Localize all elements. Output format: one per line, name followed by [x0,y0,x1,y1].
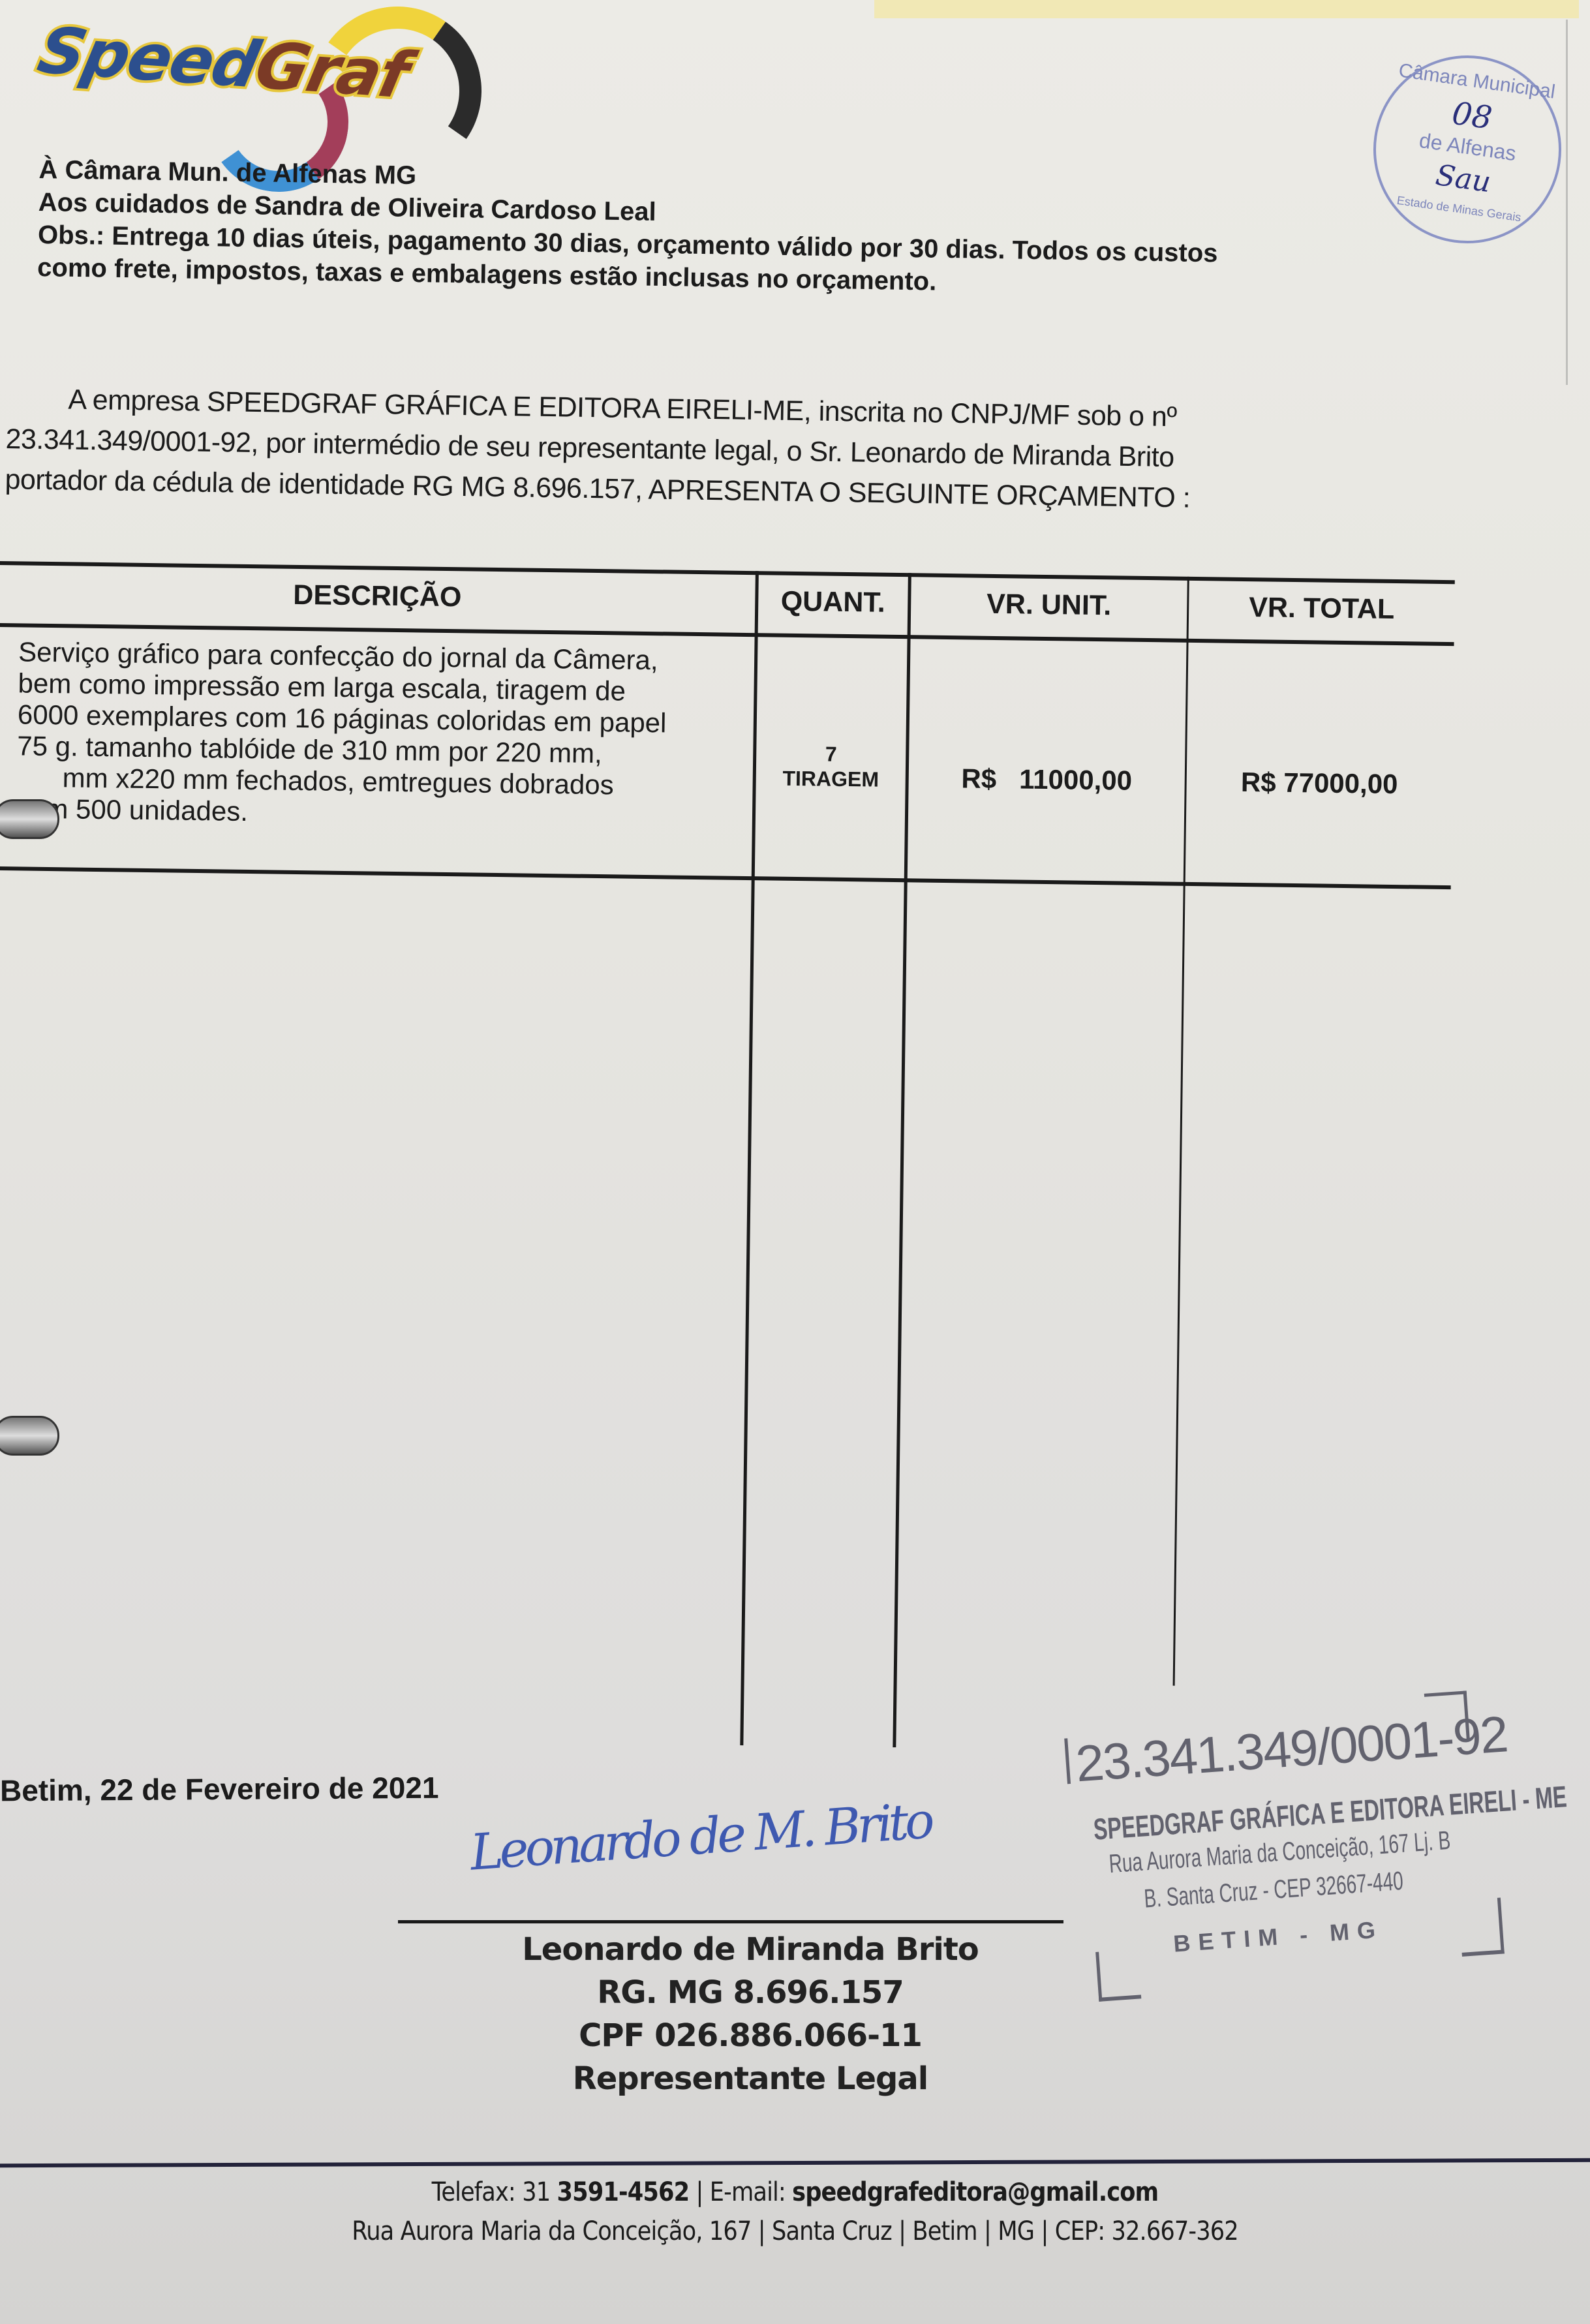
header-unit-value: VR. UNIT. [911,587,1187,623]
signer-name: Leonardo de Miranda Brito [450,1928,1050,1971]
header-quantity: QUANT. [758,585,908,619]
footer: Telefax: 31 3591-4562 | E-mail: speedgra… [95,2173,1495,2251]
header-total-value: VR. TOTAL [1189,591,1455,626]
letter-heading: À Câmara Mun. de Alfenas MG Aos cuidados… [37,153,1219,302]
table-row-total-value: R$ 77000,00 [1186,766,1452,801]
footer-address: Rua Aurora Maria da Conceição, 167 | San… [95,2212,1495,2251]
signer-block: Leonardo de Miranda Brito RG. MG 8.696.1… [450,1928,1050,2100]
footer-phone: 3591-4562 [557,2177,690,2207]
header-description: DESCRIÇÃO [0,575,756,617]
quote-table: DESCRIÇÃO QUANT. VR. UNIT. VR. TOTAL Ser… [0,561,1455,1774]
col-divider-3 [1173,577,1189,1686]
page-edge [1566,20,1568,385]
company-cnpj-stamp: 23.341.349/0001-92 SPEEDGRAF GRÁFICA E E… [1059,1681,1537,2038]
intro-paragraph: A empresa SPEEDGRAF GRÁFICA E EDITORA EI… [5,378,1192,519]
signer-rg: RG. MG 8.696.157 [450,1971,1050,2014]
signature-line [398,1920,1063,1923]
handwritten-signature: Leonardo de M. Brito [468,1791,933,1881]
signer-cpf: CPF 026.886.066-11 [450,2014,1050,2057]
footer-divider [0,2158,1590,2168]
stamp-city: BETIM - MG [1172,1916,1384,1957]
footer-email[interactable]: speedgrafeditora@gmail.com [792,2177,1158,2207]
date-line: Betim, 22 de Fevereiro de 2021 [0,1770,439,1809]
table-row-description: Serviço gráfico para confecção do jornal… [16,636,750,834]
received-stamp: Câmara Municipal 08 de Alfenas Sau Estad… [1361,43,1573,255]
footer-contact: Telefax: 31 3591-4562 | E-mail: speedgra… [95,2173,1495,2212]
paper-edge [874,0,1579,18]
table-row-unit-value: R$ 11000,00 [908,762,1185,797]
table-row-quantity: 7 TIRAGEM [756,741,906,792]
signer-role: Representante Legal [450,2057,1050,2100]
speedgraf-logo: SpeedGraf [33,7,515,117]
row-bottom-border [0,866,1451,889]
binder-ring [0,799,59,839]
binder-ring [0,1416,59,1456]
stamp-cnpj: 23.341.349/0001-92 [1074,1704,1509,1794]
